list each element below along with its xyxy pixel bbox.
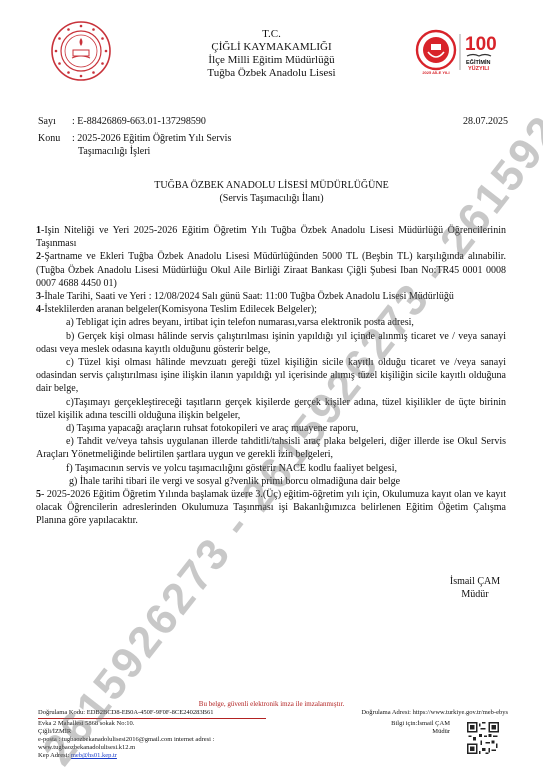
konu-row: Konu : 2025-2026 Eğitim Öğretim Yılı Ser… — [38, 132, 508, 146]
letterhead-line-tc: T.C. — [0, 28, 543, 41]
item-3: 3-İhale Tarihi, Saati ve Yeri : 12/08/20… — [36, 290, 506, 303]
verification-row: Doğrulama Kodu: EDB2BCD8-EB0A-450F-9F0F-… — [38, 709, 508, 717]
item-4g: g) İhale tarihi tibari ile vergi ve sosy… — [36, 475, 506, 488]
address-street: Evka 2 Mahallesi 5868 sokak No:10. — [38, 720, 338, 728]
school-address: Evka 2 Mahallesi 5868 sokak No:10. Çiğli… — [38, 720, 338, 760]
qr-code-icon[interactable] — [467, 722, 499, 754]
kep-link[interactable]: meb@hs01.kep.tr — [71, 752, 117, 759]
sayi-value: : E-88426869-663.01-137298590 — [72, 115, 206, 129]
item-5: 5- 2025-2026 Eğitim Öğretim Yılında başl… — [36, 488, 506, 528]
kep-address-row: Kep Adresi: meb@hs01.kep.tr — [38, 752, 338, 760]
signatory-title: Müdür — [430, 588, 520, 601]
konu-value-continued: Taşımacılığı İşleri — [38, 145, 508, 159]
konu-value: : 2025-2026 Eğitim Öğretim Yılı Servis — [72, 132, 231, 146]
item-4c-2: c)Taşımayı gerçekleştireceği taşıtların … — [36, 396, 506, 422]
konu-label: Konu — [38, 132, 72, 146]
item-1: 1-Işin Niteliği ve Yeri 2025-2026 Eğitim… — [36, 224, 506, 250]
title-subject: (Servis Taşımacılığı İlanı) — [0, 192, 543, 205]
item-4b: b) Gerçek kişi olması hâlinde servis çal… — [36, 330, 506, 356]
document-meta: Sayı : E-88426869-663.01-137298590 28.07… — [38, 115, 508, 159]
sayi-row: Sayı : E-88426869-663.01-137298590 — [38, 115, 508, 129]
signatory-name: İsmail ÇAM — [430, 575, 520, 588]
verification-address[interactable]: Doğrulama Adresi: https://www.turkiye.go… — [361, 709, 508, 717]
letterhead-line-kaymakamlik: ÇİĞLİ KAYMAKAMLIĞI — [0, 41, 543, 54]
signature-block: İsmail ÇAM Müdür — [430, 575, 520, 601]
item-4d: d) Taşıma yapacağı araçların ruhsat foto… — [36, 422, 506, 435]
document-body: 1-Işin Niteliği ve Yeri 2025-2026 Eğitim… — [36, 224, 506, 528]
address-website: www.tugbaozbekanadolulisesi.k12.m — [38, 744, 338, 752]
item-4f: f) Taşımacının servis ve yolcu taşımacıl… — [36, 462, 506, 475]
address-city: Çiğli/İZMİR — [38, 728, 338, 736]
item-2: 2-Şartname ve Ekleri Tuğba Özbek Anadolu… — [36, 250, 506, 290]
address-email: e-posta : tugbaozbekanadolulisesi2016@gm… — [38, 736, 338, 744]
info-contact-person: Bilgi için:İsmail ÇAM — [370, 720, 450, 728]
contact-info: Bilgi için:İsmail ÇAM Müdür — [370, 720, 450, 736]
letterhead-line-school: Tuğba Özbek Anadolu Lisesi — [0, 67, 543, 80]
document-page: 2025 AİLE YILI 100 EĞİTİMİN YÜZYILI T.C.… — [0, 0, 543, 768]
footer-divider — [38, 718, 266, 719]
verification-code: Doğrulama Kodu: EDB2BCD8-EB0A-450F-9F0F-… — [38, 709, 214, 717]
item-4: 4-İsteklilerden aranan belgeler(Komisyon… — [36, 303, 506, 316]
title-addressee: TUĞBA ÖZBEK ANADOLU LİSESİ MÜDÜRLÜĞÜNE — [0, 179, 543, 192]
sayi-label: Sayı — [38, 115, 72, 129]
letterhead-line-mudurluk: İlçe Milli Eğitim Müdürlüğü — [0, 54, 543, 67]
kep-label: Kep Adresi: — [38, 752, 71, 759]
document-date: 28.07.2025 — [463, 115, 508, 129]
item-4e: e) Tahdit ve/veya tahsis uygulanan iller… — [36, 435, 506, 461]
info-contact-title: Müdür — [370, 728, 450, 736]
document-title: TUĞBA ÖZBEK ANADOLU LİSESİ MÜDÜRLÜĞÜNE (… — [0, 179, 543, 205]
letterhead: T.C. ÇİĞLİ KAYMAKAMLIĞI İlçe Milli Eğiti… — [0, 28, 543, 80]
e-signature-notice: Bu belge, güvenli elektronik imza ile im… — [0, 700, 543, 708]
item-4a: a) Tebligat için adres beyanı, irtibat i… — [36, 316, 506, 329]
item-4c-1: c) Tüzel kişi olması hâlinde mevzuatı ge… — [36, 356, 506, 396]
